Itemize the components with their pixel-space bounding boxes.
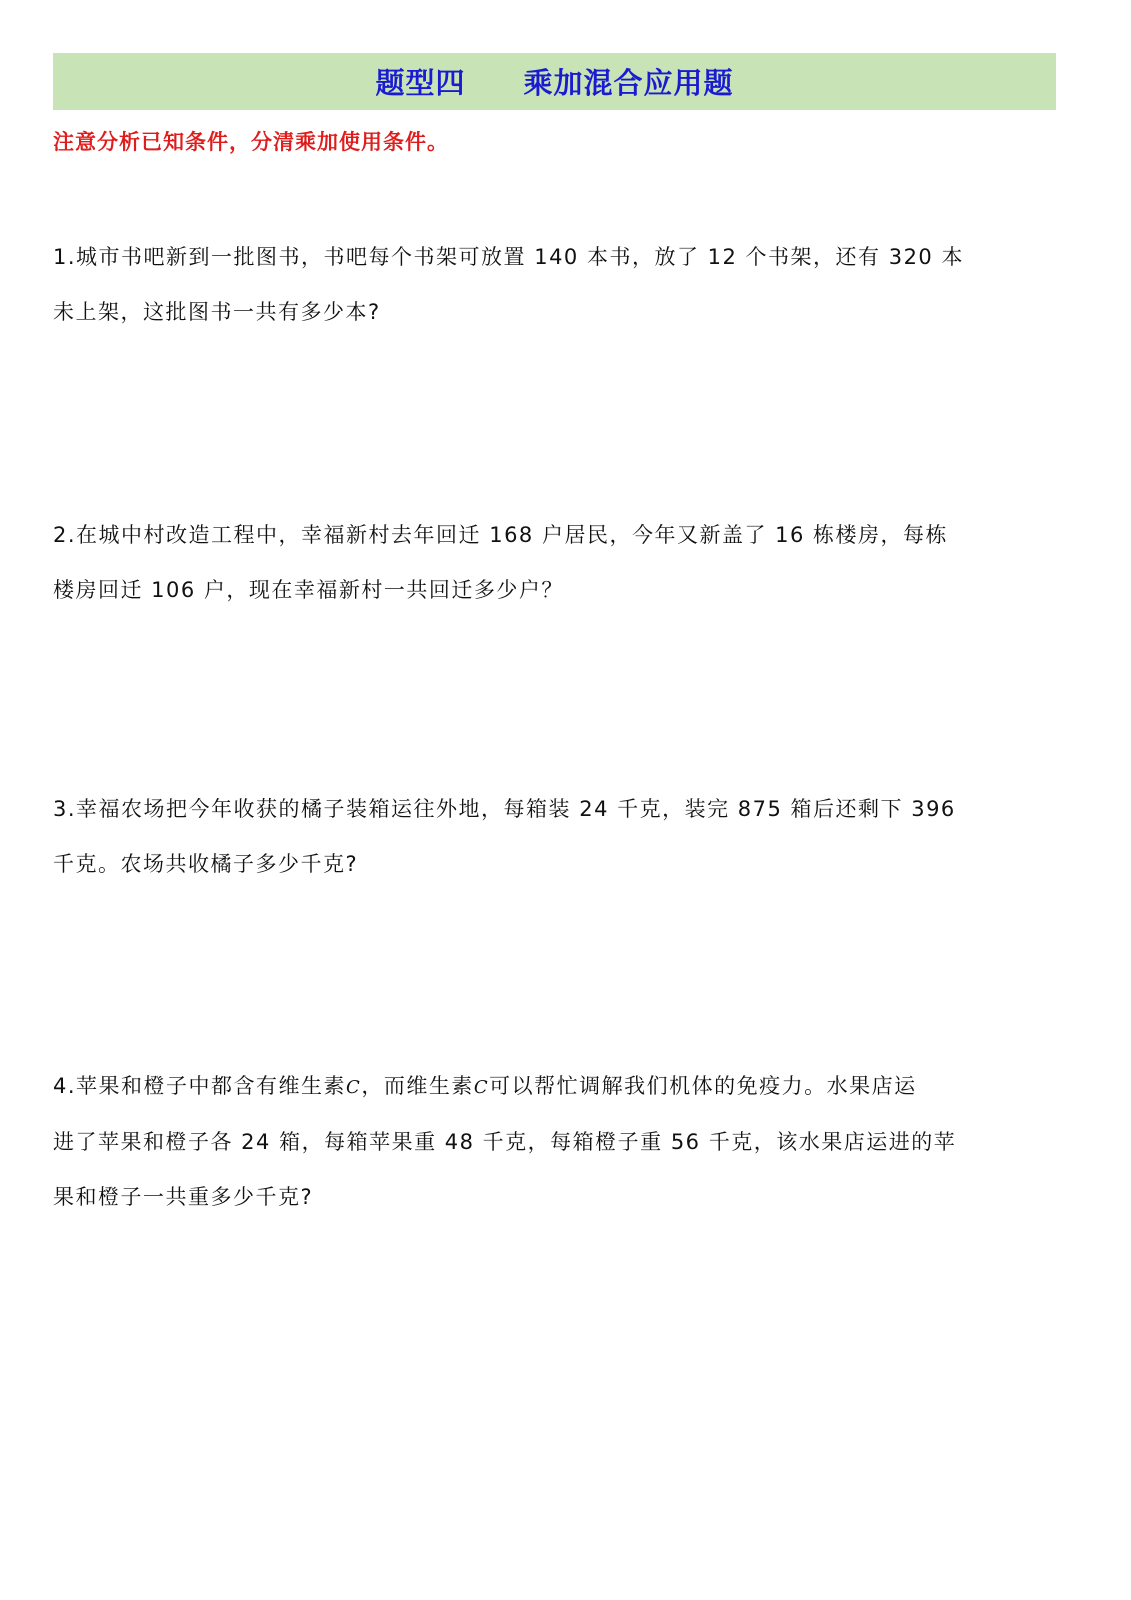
section-header-band: 题型四 乘加混合应用题 [53,53,1056,110]
question-2: 2.在城中村改造工程中，幸福新村去年回迁 168 户居民，今年又新盖了 16 栋… [53,508,1058,618]
vitamin-c-symbol: C [346,1077,361,1098]
question-2-line-1: 2.在城中村改造工程中，幸福新村去年回迁 168 户居民，今年又新盖了 16 栋… [53,508,1058,563]
question-4-line-1-part-a: 4.苹果和橙子中都含有维生素 [53,1074,346,1098]
section-title-type: 题型四 [375,61,465,102]
question-3-line-2: 千克。农场共收橘子多少千克? [53,837,1058,892]
question-1-line-1: 1.城市书吧新到一批图书，书吧每个书架可放置 140 本书，放了 12 个书架，… [53,230,1058,285]
question-4-line-1-part-b: ，而维生素 [361,1074,474,1098]
question-3: 3.幸福农场把今年收获的橘子装箱运往外地，每箱装 24 千克，装完 875 箱后… [53,782,1058,892]
question-4: 4.苹果和橙子中都含有维生素C，而维生素C可以帮忙调解我们机体的免疫力。水果店运… [53,1059,1058,1225]
question-2-line-2: 楼房回迁 106 户，现在幸福新村一共回迁多少户？ [53,563,1058,618]
question-4-line-1-part-d: 可以帮忙调解我们机体的免疫力。水果店运 [489,1074,917,1098]
question-1-line-2: 未上架，这批图书一共有多少本? [53,285,1058,340]
question-4-line-3: 果和橙子一共重多少千克? [53,1170,1058,1225]
vitamin-c-symbol: C [474,1077,489,1098]
section-title: 题型四 乘加混合应用题 [375,61,733,102]
question-4-line-1: 4.苹果和橙子中都含有维生素C，而维生素C可以帮忙调解我们机体的免疫力。水果店运 [53,1059,1058,1115]
question-3-line-1: 3.幸福农场把今年收获的橘子装箱运往外地，每箱装 24 千克，装完 875 箱后… [53,782,1058,837]
question-4-line-2: 进了苹果和橙子各 24 箱，每箱苹果重 48 千克，每箱橙子重 56 千克，该水… [53,1115,1058,1170]
section-title-topic: 乘加混合应用题 [524,61,734,102]
question-1: 1.城市书吧新到一批图书，书吧每个书架可放置 140 本书，放了 12 个书架，… [53,230,1058,340]
notice-text: 注意分析已知条件，分清乘加使用条件。 [53,126,449,156]
